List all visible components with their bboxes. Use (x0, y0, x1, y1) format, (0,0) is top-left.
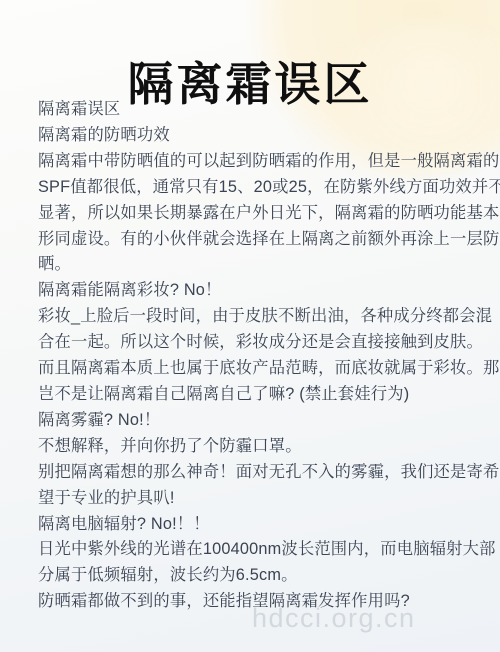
text-line: 晒。 (38, 252, 472, 278)
text-line: 岂不是让隔离霜自己隔离自己了嘛? (禁止套娃行为) (38, 382, 472, 408)
text-line: 不想解释，并向你扔了个防霾口罩。 (38, 434, 472, 460)
text-line: 隔离电脑辐射? No!！！ (38, 512, 472, 538)
text-line: 隔离雾霾? No!！ (38, 408, 472, 434)
text-line: 望于专业的护具叭! (38, 486, 472, 512)
text-line: 分属于低频辐射，波长约为6.5cm。 (38, 563, 472, 589)
text-line: 日光中紫外线的光谱在100400nm波长范围内，而电脑辐射大部 (38, 537, 472, 563)
text-line: 隔离霜误区 (38, 97, 472, 123)
text-line: 显著，所以如果长期暴露在户外日光下，隔离霜的防晒功能基本 (38, 201, 472, 227)
text-line: 隔离霜能隔离彩妆? No！ (38, 278, 472, 304)
text-line: 而且隔离霜本质上也属于底妆产品范畴，而底妆就属于彩妆。那 (38, 356, 472, 382)
article-body: 隔离霜误区 隔离霜的防晒功效 隔离霜中带防晒值的可以起到防晒霜的作用，但是一般隔… (38, 97, 472, 615)
text-line: 隔离霜中带防晒值的可以起到防晒霜的作用，但是一般隔离霜的 (38, 149, 472, 175)
text-line: 形同虚设。有的小伙伴就会选择在上隔离之前额外再涂上一层防 (38, 227, 472, 253)
text-line: 合在一起。所以这个时候，彩妆成分还是会直接接触到皮肤。 (38, 330, 472, 356)
article-image-page: 隔离霜误区 hdcci.org.cn 隔离霜误区 隔离霜的防晒功效 隔离霜中带防… (0, 0, 500, 652)
text-line: SPF值都很低，通常只有15、20或25，在防紫外线方面功效并不 (38, 175, 472, 201)
text-line: 隔离霜的防晒功效 (38, 123, 472, 149)
text-line: 防晒霜都做不到的事，还能指望隔离霜发挥作用吗? (38, 589, 472, 615)
text-line: 彩妆_上脸后一段时间，由于皮肤不断出油，各种成分终都会混 (38, 304, 472, 330)
text-line: 别把隔离霜想的那么神奇！面对无孔不入的雾霾，我们还是寄希 (38, 460, 472, 486)
